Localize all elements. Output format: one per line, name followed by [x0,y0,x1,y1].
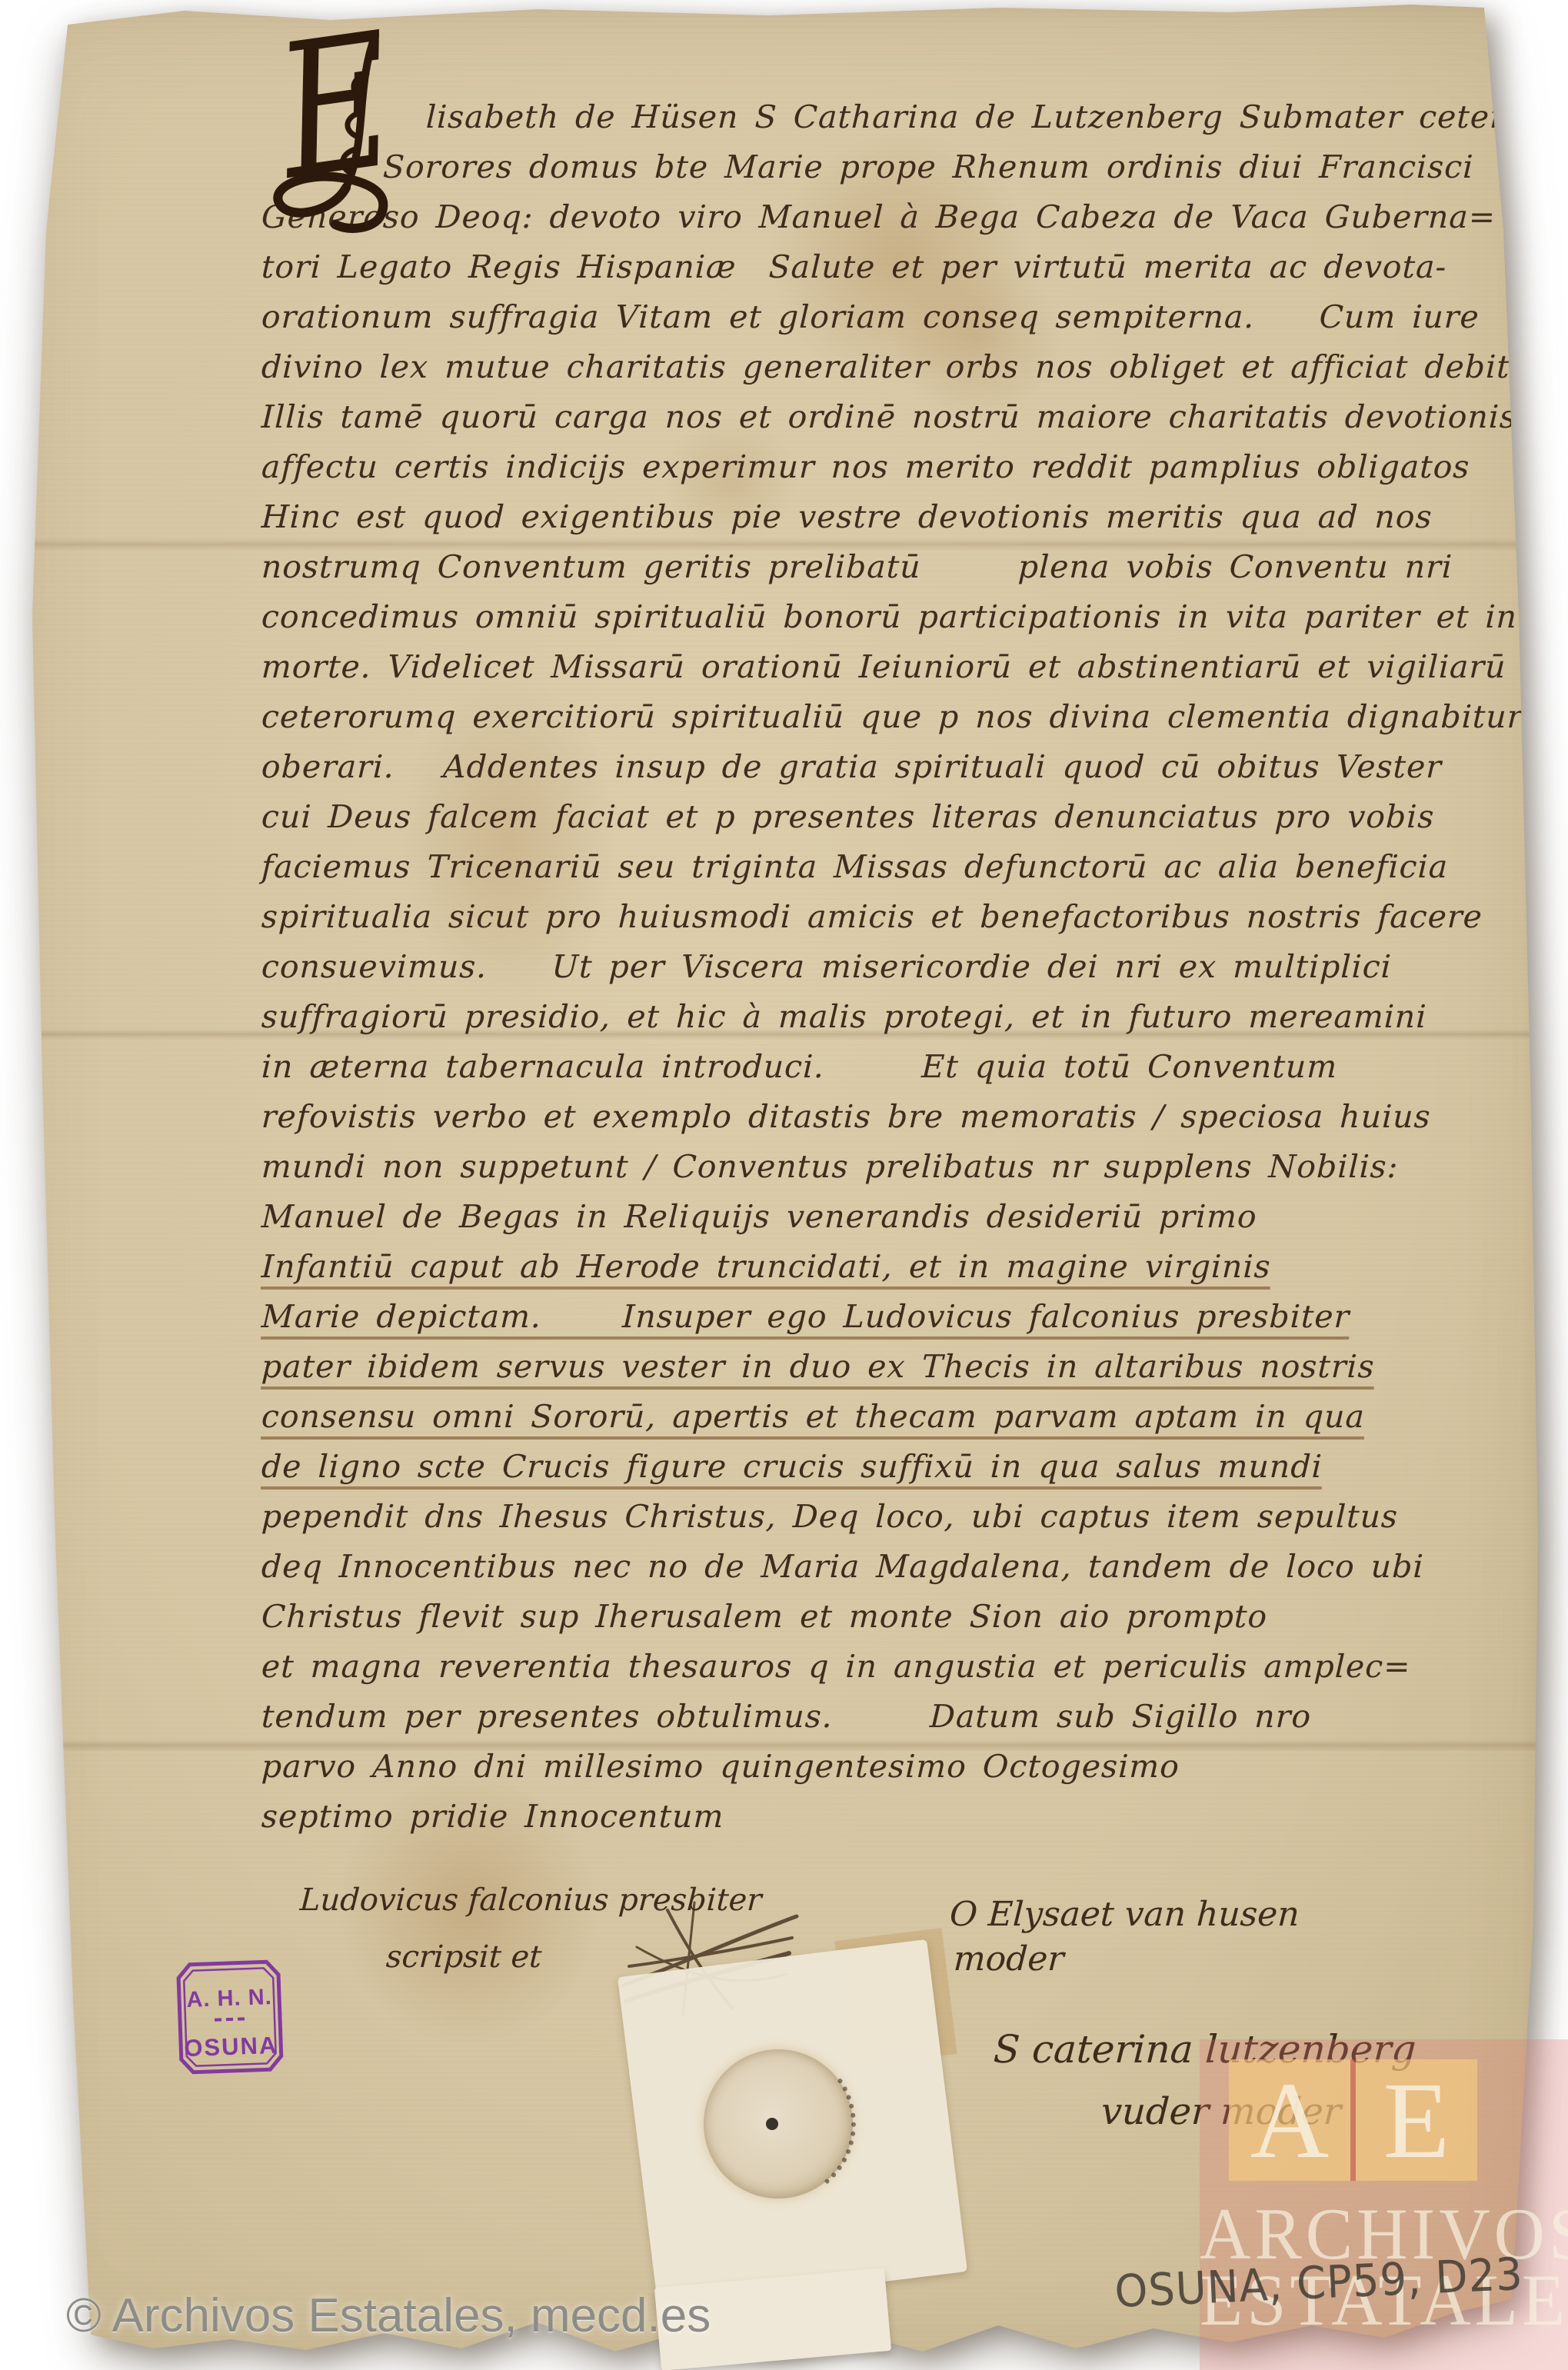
watermark-square-a: A [1229,2059,1350,2181]
manuscript-line: concedimus omniū spiritualiū bonorū part… [261,592,1539,642]
watermark-divider [1350,2059,1356,2181]
manuscript-line: et magna reverentia thesauros q in angus… [261,1642,1539,1692]
manuscript-line: refovistis verbo et exemplo ditastis bre… [261,1092,1539,1142]
paper-covered-wax-seal [704,2049,853,2199]
archivos-estatales-watermark: A E ARCHIVOS ESTATALES [1200,2039,1568,2370]
manuscript-line: cui Deus falcem faciat et p presentes li… [261,792,1539,842]
manuscript-line: pependit dns Ihesus Christus, Deq loco, … [261,1492,1539,1542]
manuscript-line: spiritualia sicut pro huiusmodi amicis e… [261,892,1539,942]
manuscript-line: Generoso Deoq: devoto viro Manuel à Bega… [261,192,1539,242]
manuscript-line: ceterorumq exercitiorū spiritualiū que p… [261,692,1539,742]
manuscript-line: deq Innocentibus nec no de Maria Magdale… [261,1542,1539,1592]
watermark-letter-a: A [1250,2065,1330,2175]
manuscript-line: oberari. Addentes insup de gratia spirit… [261,742,1539,792]
manuscript-line: Manuel de Begas in Reliquijs venerandis … [261,1192,1539,1242]
signature-mother-line2: moder [953,1939,1065,1979]
manuscript-scan: E lisabeth de Hüsen S Catharina de Lutze… [0,0,1568,2370]
signature-mother-line1: O Elysaet van husen [949,1895,1300,1934]
ahn-osuna-stamp: A. H. N. OSUNA [175,1959,284,2079]
manuscript-line: de ligno scte Crucis figure crucis suffi… [261,1442,1539,1492]
manuscript-line: Hinc est quod exigentibus pie vestre dev… [261,492,1539,542]
watermark-square-e: E [1356,2059,1477,2181]
manuscript-line: orationum suffragia Vitam et gloriam con… [261,292,1539,342]
manuscript-line: Marie depictam. Insuper ego Ludovicus fa… [261,1292,1539,1342]
manuscript-line: tori Legato Regis Hispaniæ Salute et per… [261,242,1539,292]
manuscript-line: Infantiū caput ab Herode truncidati, et … [261,1242,1539,1292]
manuscript-line: consensu omni Sororū, apertis et thecam … [261,1392,1539,1442]
manuscript-line: affectu certis indicijs experimur nos me… [261,442,1539,492]
manuscript-line: parvo Anno dni millesimo quingentesimo O… [261,1742,1539,1792]
manuscript-line: septimo pridie Innocentum [261,1792,1539,1842]
signature-scribe-line2: scripsit et [385,1939,543,1975]
copyright-notice: © Archivos Estatales, mecd.es [66,2288,711,2343]
manuscript-line: Christus flevit sup Iherusalem et monte … [261,1592,1539,1642]
manuscript-line: mundi non suppetunt / Conventus prelibat… [261,1142,1539,1192]
watermark-logo: A E [1200,2039,1568,2181]
watermark-letter-e: E [1383,2065,1450,2175]
manuscript-line: tendum per presentes obtulimus. Datum su… [261,1692,1539,1742]
manuscript-line: nostrumq Conventum geritis prelibatū ple… [261,542,1539,592]
manuscript-line: morte. Videlicet Missarū orationū Ieiuni… [261,642,1539,692]
manuscript-line: in æterna tabernacula introduci. Et quia… [261,1042,1539,1092]
manuscript-line: faciemus Tricenariū seu triginta Missas … [261,842,1539,892]
manuscript-line: lisabeth de Hüsen S Catharina de Lutzenb… [261,92,1539,142]
manuscript-line: consuevimus. Ut per Viscera misericordie… [261,942,1539,992]
manuscript-line: Illis tamē quorū carga nos et ordinē nos… [261,392,1539,442]
stamp-line2: OSUNA [184,2032,278,2062]
manuscript-line: pater ibidem servus vester in duo ex The… [261,1342,1539,1392]
manuscript-lines: lisabeth de Hüsen S Catharina de Lutzenb… [261,92,1538,1842]
manuscript-line: divino lex mutue charitatis generaliter … [261,342,1539,392]
paper-shadow-wrap: E lisabeth de Hüsen S Catharina de Lutze… [0,0,1568,2370]
manuscript-line: Sorores domus bte Marie prope Rhenum ord… [261,142,1539,192]
stamp-line1: A. H. N. [186,1985,272,2012]
document-paper: E lisabeth de Hüsen S Catharina de Lutze… [0,0,1568,2370]
manuscript-line: suffragiorū presidio, et hic à malis pro… [261,992,1539,1042]
